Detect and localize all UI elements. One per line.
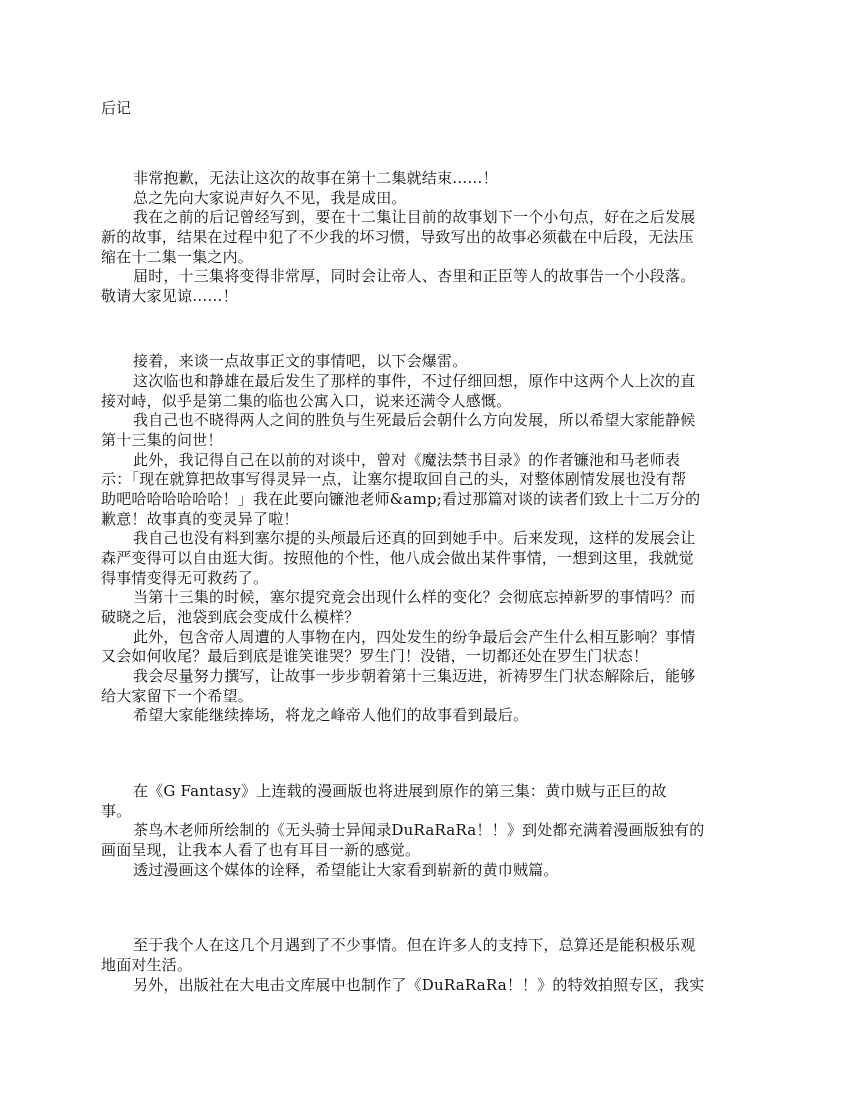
page-title: 后记 [101,98,131,118]
text-line: 茶鸟木老师所绘制的《无头骑士异闻录DuRaRaRa！！》到处都充满着漫画版独有的 [133,820,704,840]
text-line: 届时，十三集将变得非常厚，同时会让帝人、杏里和正臣等人的故事告一个小段落。 [133,266,695,286]
text-line: 新的故事，结果在过程中犯了不少我的坏习惯，导致写出的故事必须截在中后段，无法压 [101,227,694,247]
text-line: 事。 [101,801,131,821]
text-line: 此外，我记得自己在以前的对谈中，曾对《魔法禁书目录》的作者镰池和马老师表 [133,450,680,470]
text-line: 画面呈现，让我本人看了也有耳目一新的感觉。 [101,840,420,860]
text-line: 在《G Fantasy》上连载的漫画版也将进展到原作的第三集：黄巾贼与正巨的故 [133,781,667,801]
text-line: 歉意！故事真的变灵异了啦！ [101,509,299,529]
text-line: 我自己也没有料到塞尔提的头颅最后还真的回到她手中。后来发现，这样的发展会让 [133,528,695,548]
text-line: 森严变得可以自由逛大街。按照他的个性，他八成会做出某件事情，一想到这里，我就觉 [101,548,694,568]
text-line: 缩在十二集一集之内。 [101,247,253,267]
text-line: 又会如何收尾？最后到底是谁笑谁哭？罗生门！没错，一切都还处在罗生门状态！ [101,646,648,666]
text-line: 地面对生活。 [101,955,192,975]
text-line: 破晓之后，池袋到底会变成什么模样？ [101,607,359,627]
text-line: 总之先向大家说声好久不见，我是成田。 [133,188,407,208]
text-line: 得事情变得无可救药了。 [101,568,268,588]
text-line: 透过漫画这个媒体的诠释，希望能让大家看到崭新的黄巾贼篇。 [133,860,559,880]
text-line: 当第十三集的时候，塞尔提究竟会出现什么样的变化？会彻底忘掉新罗的事情吗？而 [133,587,695,607]
text-line: 接着，来谈一点故事正文的事情吧，以下会爆雷。 [133,351,467,371]
text-line: 我在之前的后记曾经写到，要在十二集让目前的故事划下一个小句点，好在之后发展 [133,207,695,227]
text-line: 另外，出版社在大电击文库展中也制作了《DuRaRaRa！！》的特效拍照专区，我实 [133,975,704,995]
text-line: 助吧哈哈哈哈哈哈！」我在此要向镰池老师&amp;看过那篇对谈的读者们致上十二万分… [101,489,700,509]
text-line: 第十三集的问世！ [101,430,223,450]
text-line: 我自己也不晓得两人之间的胜负与生死最后会朝什么方向发展，所以希望大家能静候 [133,410,695,430]
text-line: 非常抱歉，无法让这次的故事在第十二集就结束……！ [133,168,498,188]
text-line: 接对峙，似乎是第二集的临也公寓入口，说来还满令人感慨。 [101,391,511,411]
text-line: 我会尽量努力撰写，让故事一步步朝着第十三集迈进，祈祷罗生门状态解除后，能够 [133,666,695,686]
text-line: 示：「现在就算把故事写得灵异一点，让塞尔提取回自己的头，对整体剧情发展也没有帮 [101,469,686,489]
text-line: 至于我个人在这几个月遇到了不少事情。但在许多人的支持下，总算还是能积极乐观 [133,935,695,955]
text-line: 敬请大家见谅……！ [101,286,238,306]
text-line: 这次临也和静雄在最后发生了那样的事件，不过仔细回想，原作中这两个人上次的直 [133,371,695,391]
text-line: 此外，包含帝人周遭的人事物在内，四处发生的纷争最后会产生什么相互影响？事情 [133,627,695,647]
text-line: 给大家留下一个希望。 [101,686,253,706]
text-line: 希望大家能继续捧场，将龙之峰帝人他们的故事看到最后。 [133,705,528,725]
